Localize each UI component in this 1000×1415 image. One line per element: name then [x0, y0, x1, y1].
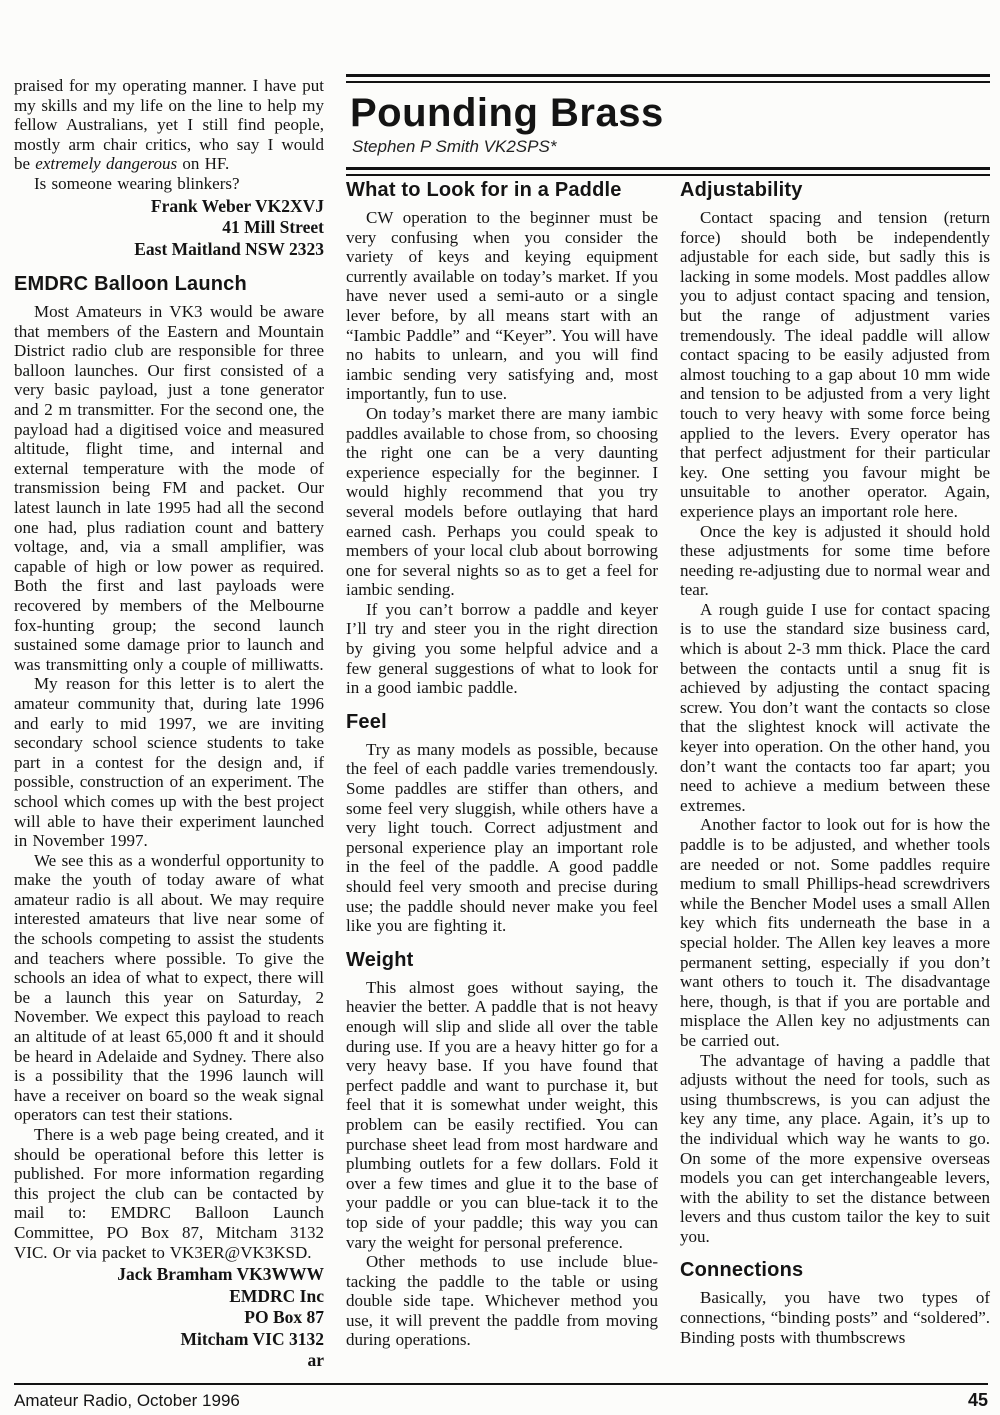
adjustability-paragraph-2: Once the key is adjusted it should hold … [680, 522, 990, 600]
footer-journal-title: Amateur Radio, October 1996 [14, 1391, 240, 1411]
weight-paragraph-1: This almost goes without saying, the hea… [346, 978, 658, 1252]
signature-street: 41 Mill Street [14, 217, 324, 239]
letter-emphasis: extremely dangerous [35, 154, 177, 173]
section-heading-weight: Weight [346, 949, 658, 972]
article-header: Pounding Brass Stephen P Smith VK2SPS* [346, 74, 990, 176]
divider-rule-top [346, 74, 990, 83]
connections-paragraph-1: Basically, you have two types of connect… [680, 1288, 990, 1347]
signature-org: EMDRC Inc [14, 1286, 324, 1308]
left-column: praised for my operating manner. I have … [14, 76, 324, 1380]
article-title: Pounding Brass [350, 91, 990, 135]
footer-rule [14, 1383, 988, 1385]
section-heading-adjustability: Adjustability [680, 179, 990, 202]
section-heading-emdrc-balloon-launch: EMDRC Balloon Launch [14, 273, 324, 296]
page-footer: Amateur Radio, October 1996 45 [14, 1390, 988, 1411]
divider-rule-bottom [346, 167, 990, 176]
signature-pobox: PO Box 87 [14, 1307, 324, 1329]
adjustability-paragraph-5: The advantage of having a paddle that ad… [680, 1051, 990, 1247]
adjustability-paragraph-1: Contact spacing and tension (return forc… [680, 208, 990, 522]
emdrc-paragraph-1: Most Amateurs in VK3 would be aware that… [14, 302, 324, 674]
letter-closing-line: Is someone wearing blinkers? [14, 174, 324, 194]
emdrc-paragraph-3: We see this as a wonderful opportunity t… [14, 851, 324, 1125]
what-to-look-paragraph-2: On today’s market there are many iambic … [346, 404, 658, 600]
emdrc-paragraph-4: There is a web page being created, and i… [14, 1125, 324, 1262]
middle-column: What to Look for in a Paddle CW operatio… [346, 179, 658, 1350]
what-to-look-paragraph-3: If you can’t borrow a paddle and keyer I… [346, 600, 658, 698]
signature-city: Mitcham VIC 3132 [14, 1329, 324, 1351]
section-heading-connections: Connections [680, 1259, 990, 1282]
feel-paragraph-1: Try as many models as possible, because … [346, 740, 658, 936]
emdrc-paragraph-2: My reason for this letter is to alert th… [14, 674, 324, 850]
weight-paragraph-2: Other methods to use include blue-tackin… [346, 1252, 658, 1350]
letter-text-end: on HF. [177, 154, 229, 173]
adjustability-paragraph-4: Another factor to look out for is how th… [680, 815, 990, 1050]
right-column: Adjustability Contact spacing and tensio… [680, 179, 990, 1347]
footer-page-number: 45 [968, 1390, 988, 1411]
adjustability-paragraph-3: A rough guide I use for contact spacing … [680, 600, 990, 816]
signature-name: Jack Bramham VK3WWW [14, 1264, 324, 1286]
what-to-look-paragraph-1: CW operation to the beginner must be ver… [346, 208, 658, 404]
section-heading-what-to-look: What to Look for in a Paddle [346, 179, 658, 202]
article-byline: Stephen P Smith VK2SPS* [352, 137, 990, 157]
section-heading-feel: Feel [346, 711, 658, 734]
letter-signature-block: Frank Weber VK2XVJ 41 Mill Street East M… [14, 196, 324, 261]
letter-final-paragraph: praised for my operating manner. I have … [14, 76, 324, 174]
article-end-mark: ar [14, 1350, 324, 1372]
signature-city: East Maitland NSW 2323 [14, 239, 324, 261]
emdrc-signature-block: Jack Bramham VK3WWW EMDRC Inc PO Box 87 … [14, 1264, 324, 1372]
signature-name: Frank Weber VK2XVJ [14, 196, 324, 218]
